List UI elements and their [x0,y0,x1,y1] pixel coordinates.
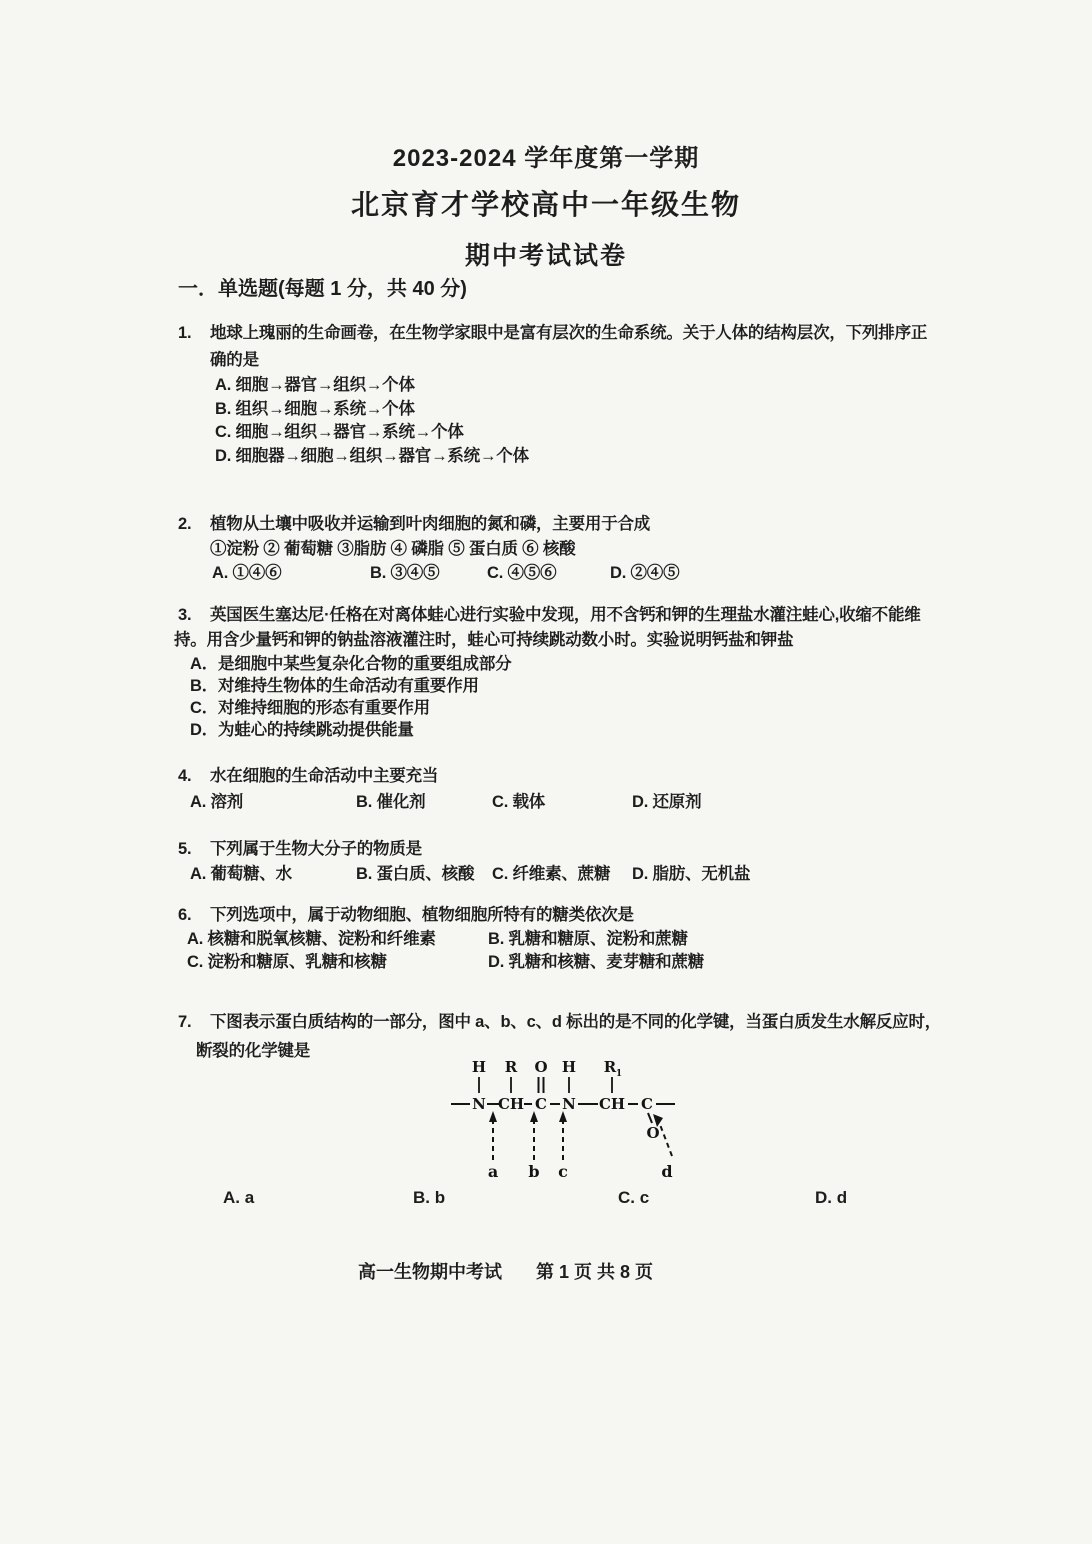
bond-label-a: a [488,1162,498,1181]
question-4-stem: 水在细胞的生命活动中主要充当 [210,767,438,785]
footer-page-info: 第 1 页 共 8 页 [536,1258,653,1284]
question-6: 6.下列选项中，属于动物细胞、植物细胞所特有的糖类依次是 A. 核糖和脱氧核糖、… [178,903,704,974]
question-5-stem: 下列属于生物大分子的物质是 [210,840,422,858]
question-4-number: 4. [178,763,210,789]
atom-label: R [604,1058,617,1076]
option: D. d [815,1188,847,1208]
option: C. c [618,1188,815,1208]
option: D. 还原剂 [632,789,701,815]
option: A. 细胞→器官→组织→个体 [215,374,927,398]
chain-atom: N [472,1095,486,1113]
option: A. 核糖和脱氧核糖、淀粉和纤维素 [187,928,488,951]
question-3-number: 3. [174,603,210,628]
chain-atom: CH [599,1095,625,1113]
question-6-number: 6. [178,903,210,928]
bond-label-b: b [528,1162,539,1181]
option: B．对维持生物体的生命活动有重要作用 [190,675,921,697]
chain-atom: N [562,1095,576,1113]
term-title: 2023-2024 学年度第一学期 [0,138,1092,173]
question-3: 3.英国医生塞达尼·任格在对离体蛙心进行实验中发现，用不含钙和钾的生理盐水灌注蛙… [174,603,921,741]
question-1-stem: 地球上瑰丽的生命画卷，在生物学家眼中是富有层次的生命系统。关于人体的结构层次，下… [210,324,927,342]
question-5: 5.下列属于生物大分子的物质是 A. 葡萄糖、水 B. 蛋白质、核酸 C. 纤维… [178,837,750,887]
option: A. ①④⑥ [212,561,370,585]
question-2-subitems: ①淀粉 ② 葡萄糖 ③脂肪 ④ 磷脂 ⑤ 蛋白质 ⑥ 核酸 [210,537,679,561]
protein-structure-diagram: H R O H R 1 N CH C N CH C O [447,1056,717,1181]
exam-title: 期中考试试卷 [0,236,1092,272]
atom-label: H [472,1058,486,1076]
chain-atom: C [535,1095,547,1113]
question-2-number: 2. [178,512,210,537]
arrow-a-head [489,1111,497,1122]
option: B. 蛋白质、核酸 [356,862,492,887]
option: C. 纤维素、蔗糖 [492,862,632,887]
question-1: 1.地球上瑰丽的生命画卷，在生物学家眼中是富有层次的生命系统。关于人体的结构层次… [178,320,927,468]
question-3-options: A．是细胞中某些复杂化合物的重要组成部分 B．对维持生物体的生命活动有重要作用 … [190,653,921,741]
bond-label-d: d [661,1162,672,1181]
chain-atom: C [641,1095,653,1113]
option: C．对维持细胞的形态有重要作用 [190,697,921,719]
option: C. ④⑤⑥ [487,561,610,585]
option: D．为蛙心的持续跳动提供能量 [190,719,921,741]
option: C. 细胞→组织→器官→系统→个体 [215,421,927,445]
atom-label: O [534,1058,547,1076]
option: D. 脂肪、无机盐 [632,862,750,887]
option: A．是细胞中某些复杂化合物的重要组成部分 [190,653,921,675]
option: B. 组织→细胞→系统→个体 [215,398,927,422]
option: A. a [223,1188,413,1208]
question-2: 2.植物从土壤中吸收并运输到叶肉细胞的氮和磷，主要用于合成 ①淀粉 ② 葡萄糖 … [178,512,679,585]
question-6-options-row1: A. 核糖和脱氧核糖、淀粉和纤维素 B. 乳糖和糖原、淀粉和蔗糖 [187,928,704,951]
atom-label: H [562,1058,576,1076]
question-6-options-row2: C. 淀粉和糖原、乳糖和核糖 D. 乳糖和核糖、麦芽糖和蔗糖 [187,951,704,974]
question-4: 4.水在细胞的生命活动中主要充当 A. 溶剂 B. 催化剂 C. 载体 D. 还… [178,763,701,815]
question-7-options: A. a B. b C. c D. d [223,1188,847,1208]
option: B. 乳糖和糖原、淀粉和蔗糖 [488,928,688,951]
section-heading: 一．单选题(每题 1 分，共 40 分) [178,272,467,301]
exam-paper-page: 2023-2024 学年度第一学期 北京育才学校高中一年级生物 期中考试试卷 一… [0,0,1092,1544]
option: B. 催化剂 [356,789,492,815]
option: D. ②④⑤ [610,561,679,585]
question-7-stem: 下图表示蛋白质结构的一部分，图中 a、b、c、d 标出的是不同的化学键，当蛋白质… [210,1013,941,1031]
question-4-options: A. 溶剂 B. 催化剂 C. 载体 D. 还原剂 [190,789,701,815]
question-3-stem-cont: 持。用含少量钙和钾的钠盐溶液灌注时，蛙心可持续跳动数小时。实验说明钙盐和钾盐 [174,628,921,653]
option: B. b [413,1188,618,1208]
school-title: 北京育才学校高中一年级生物 [0,183,1092,223]
option: D. 乳糖和核糖、麦芽糖和蔗糖 [488,951,704,974]
question-3-stem: 英国医生塞达尼·任格在对离体蛙心进行实验中发现，用不含钙和钾的生理盐水灌注蛙心,… [210,606,921,624]
carbonyl-oxygen-label: O [646,1124,659,1142]
question-1-options: A. 细胞→器官→组织→个体 B. 组织→细胞→系统→个体 C. 细胞→组织→器… [215,374,927,468]
bond-label-c: c [558,1162,568,1181]
question-1-stem-cont: 确的是 [210,347,927,374]
question-1-number: 1. [178,320,210,347]
option: B. ③④⑤ [370,561,487,585]
option: C. 淀粉和糖原、乳糖和核糖 [187,951,488,974]
question-7-number: 7. [178,1008,210,1037]
atom-label: R [505,1058,518,1076]
question-2-stem: 植物从土壤中吸收并运输到叶肉细胞的氮和磷，主要用于合成 [210,515,650,533]
option: D. 细胞器→细胞→组织→器官→系统→个体 [215,445,927,469]
question-5-options: A. 葡萄糖、水 B. 蛋白质、核酸 C. 纤维素、蔗糖 D. 脂肪、无机盐 [190,862,750,887]
option: A. 葡萄糖、水 [190,862,356,887]
option: C. 载体 [492,789,632,815]
option: A. 溶剂 [190,789,356,815]
atom-subscript: 1 [616,1069,622,1079]
question-2-options: A. ①④⑥ B. ③④⑤ C. ④⑤⑥ D. ②④⑤ [212,561,679,585]
page-footer: 高一生物期中考试 第 1 页 共 8 页 [358,1258,653,1284]
chain-atom: CH [498,1095,524,1113]
question-6-stem: 下列选项中，属于动物细胞、植物细胞所特有的糖类依次是 [210,906,634,924]
footer-exam-name: 高一生物期中考试 [358,1258,502,1284]
question-5-number: 5. [178,837,210,862]
